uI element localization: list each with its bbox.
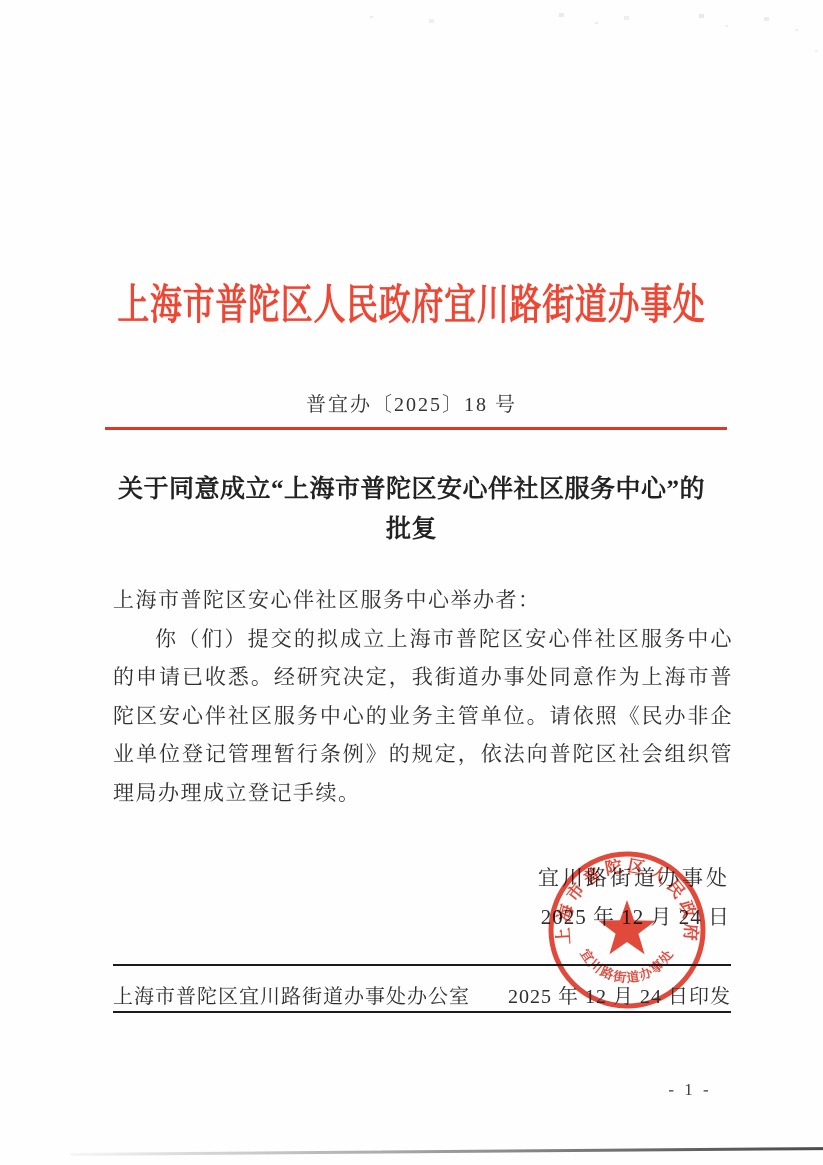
- page-number: - 1 -: [640, 1080, 740, 1100]
- document-number: 普宜办〔2025〕18 号: [0, 388, 823, 417]
- footer-rule-bottom: [113, 1011, 731, 1013]
- body-paragraph: 你（们）提交的拟成立上海市普陀区安心伴社区服务中心的申请已收悉。经研究决定，我街…: [113, 620, 733, 813]
- document-page: 上海市普陀区人民政府宜川路街道办事处 普宜办〔2025〕18 号 关于同意成立“…: [0, 0, 823, 1165]
- document-body: 上海市普陀区安心伴社区服务中心举办者： 你（们）提交的拟成立上海市普陀区安心伴社…: [113, 581, 733, 812]
- footer-rule-top: [113, 964, 731, 966]
- scan-bottom-edge: [70, 1147, 823, 1156]
- document-title-line1: 关于同意成立“上海市普陀区安心伴社区服务中心”的: [60, 470, 763, 510]
- red-header-rule: [105, 427, 727, 430]
- document-title-line2: 批复: [60, 510, 763, 550]
- footer-office: 上海市普陀区宜川路街道办事处办公室: [113, 980, 470, 1009]
- issuing-authority-header: 上海市普陀区人民政府宜川路街道办事处: [99, 272, 724, 332]
- footer-row: 上海市普陀区宜川路街道办事处办公室 2025 年 12 月 24 日印发: [113, 980, 731, 1009]
- scan-noise: [370, 16, 373, 18]
- document-title: 关于同意成立“上海市普陀区安心伴社区服务中心”的 批复: [60, 470, 763, 550]
- seal-star-icon: [599, 900, 656, 954]
- footer-print-date: 2025 年 12 月 24 日印发: [508, 980, 731, 1009]
- salutation: 上海市普陀区安心伴社区服务中心举办者：: [113, 581, 733, 620]
